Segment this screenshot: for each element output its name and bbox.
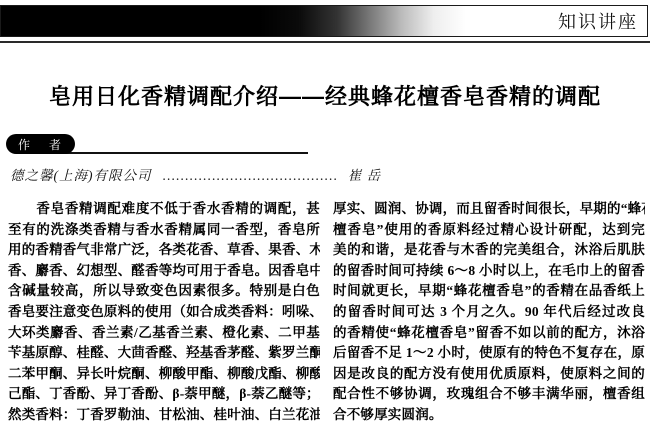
text-line: 配合性不够协调，玫瑰组合不够丰满华丽，檀香组 [333, 384, 645, 405]
text-line: 用的香精香气非常广泛，各类花香、草香、果香、木 [8, 240, 320, 261]
dots-leader: ………………………………… [162, 168, 338, 183]
text-line: 己酯、丁香酚、异丁香酚、β-萘甲醚，β-萘乙醚等；天 [8, 384, 320, 405]
header-rule [0, 41, 650, 43]
scanned-article-page: 知识讲座 皂用日化香精调配介绍——经典蜂花檀香皂香精的调配 作 者 德之馨(上海… [0, 0, 650, 430]
author-affiliation: 德之馨(上海)有限公司 [10, 168, 152, 183]
text-line: 大环类麝香、香兰素/乙基香兰素、橙化素、二甲基 [8, 323, 320, 344]
text-line: 后留香不足 1～2 小时，使原有的特色不复存在，原 [333, 343, 645, 364]
author-name: 崔 岳 [348, 168, 381, 183]
header-band: 知识讲座 [0, 5, 648, 37]
author-byline: 德之馨(上海)有限公司 ………………………………… 崔 岳 [10, 164, 430, 184]
text-line: 香皂香精调配难度不低于香水香精的调配，甚 [8, 199, 320, 220]
article-title: 皂用日化香精调配介绍——经典蜂花檀香皂香精的调配 [0, 80, 650, 111]
body-columns: 香皂香精调配难度不低于香水香精的调配，甚至有的洗涤类香精与香水香精属同一香型，香… [8, 199, 646, 426]
text-line: 苄基原醇、桂醛、大茴香醛、羟基香茅醛、紫罗兰酮、 [8, 343, 320, 364]
text-line: 至有的洗涤类香精与香水香精属同一香型，香皂所 [8, 220, 320, 241]
text-line: 的香精使“蜂花檀香皂”留香不如以前的配方，沐浴 [333, 323, 645, 344]
text-line: 二苯甲酮、异长叶烷酮、柳酸甲酯、柳酸戊酯、柳酸 [8, 364, 320, 385]
text-line: 因是改良的配方没有使用优质原料，使原料之间的 [333, 364, 645, 385]
text-line: 含碱量较高，所以导致变色因素很多。特别是白色 [8, 281, 320, 302]
column-label: 知识讲座 [558, 8, 638, 34]
author-badge: 作 者 [6, 134, 75, 154]
text-line: 厚实、圆润、协调，而且留香时间很长，早期的“蜂花 [333, 199, 645, 220]
right-column: 厚实、圆润、协调，而且留香时间很长，早期的“蜂花檀香皂”使用的香原料经过精心设计… [333, 199, 645, 426]
text-line: 合不够厚实圆润。 [333, 405, 645, 426]
text-line: 时间就更长，早期“蜂花檀香皂”的香精在品香纸上 [333, 281, 645, 302]
text-line: 的留香时间可达 3 个月之久。90 年代后经过改良 [333, 302, 645, 323]
text-line: 檀香皂”使用的香原料经过精心设计研配，达到完 [333, 220, 645, 241]
text-line: 香皂要注意变色原料的使用（如合成类香料：吲哚、 [8, 302, 320, 323]
left-column: 香皂香精调配难度不低于香水香精的调配，甚至有的洗涤类香精与香水香精属同一香型，香… [8, 199, 320, 426]
text-line: 香、麝香、幻想型、醛香等均可用于香皂。因香皂中 [8, 261, 320, 282]
text-line: 的留香时间可持续 6～8 小时以上，在毛巾上的留香 [333, 261, 645, 282]
text-line: 美的和谐，是花香与木香的完美组合，沐浴后肌肤 [333, 240, 645, 261]
text-line: 然类香料：丁香罗勒油、甘松油、桂叶油、白兰花油 [8, 405, 320, 426]
